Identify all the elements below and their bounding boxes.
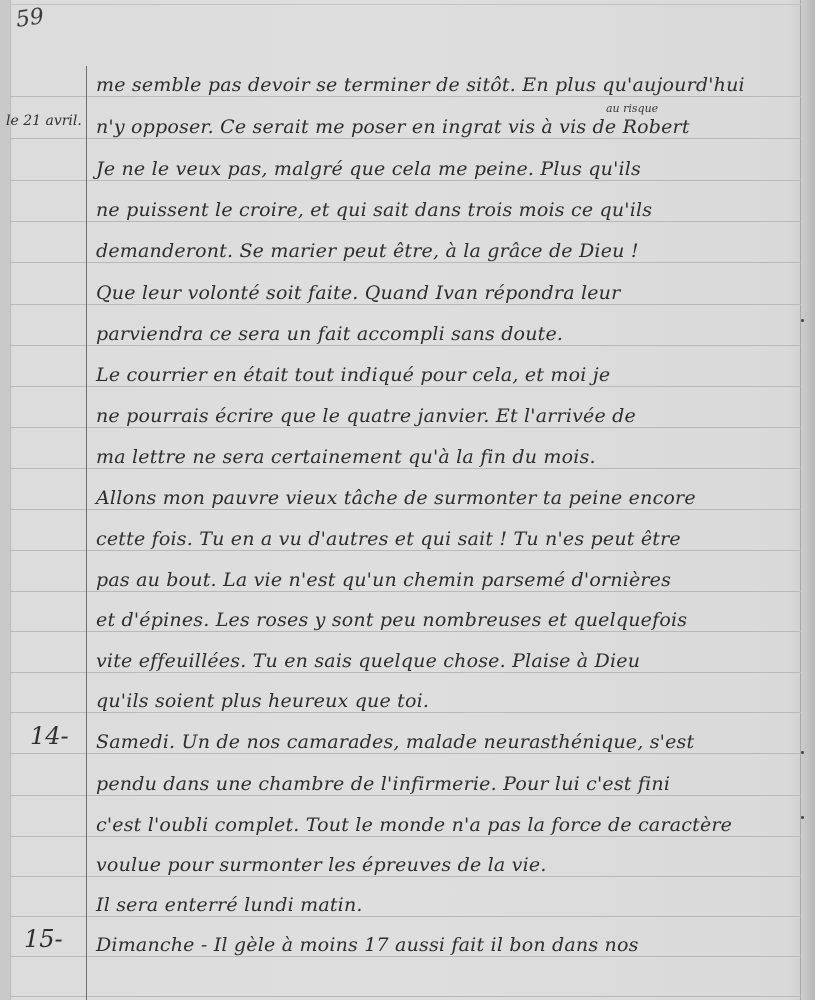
text-line: Dimanche - Il gèle à moins 17 aussi fait… xyxy=(96,932,797,958)
text-line: ne puissent le croire, et qui sait dans … xyxy=(96,197,797,223)
text-line: Que leur volonté soit faite. Quand Ivan … xyxy=(96,280,797,306)
text-line: voulue pour surmonter les épreuves de la… xyxy=(96,852,797,878)
text-line: et d'épines. Les roses y sont peu nombre… xyxy=(96,607,797,633)
text-line: qu'ils soient plus heureux que toi. xyxy=(96,688,797,714)
text-line: Samedi. Un de nos camarades, malade neur… xyxy=(96,729,797,755)
ink-mark xyxy=(801,319,804,322)
text-line: cette fois. Tu en a vu d'autres et qui s… xyxy=(96,526,797,552)
text-line: vite effeuillées. Tu en sais quelque cho… xyxy=(96,648,797,674)
margin-date-entry-1: le 21 avril. xyxy=(6,113,84,129)
text-line: parviendra ce sera un fait accompli sans… xyxy=(96,321,797,347)
text-line: n'y opposer. Ce serait me poser en ingra… xyxy=(96,114,797,140)
page-binding-edge xyxy=(800,0,815,1000)
text-line: Il sera enterré lundi matin. xyxy=(96,892,797,918)
text-line: me semble pas devoir se terminer de sitô… xyxy=(96,72,797,98)
text-line: Le courrier en était tout indiqué pour c… xyxy=(96,362,797,388)
diary-page: 59 le 21 avril. 14- 15- au risque me sem… xyxy=(0,0,815,1000)
margin-date-entry-3: 15- xyxy=(24,925,102,953)
text-line: ne pourrais écrire que le quatre janvier… xyxy=(96,403,797,429)
text-line: pas au bout. La vie n'est qu'un chemin p… xyxy=(96,567,797,593)
page-left-edge xyxy=(0,0,11,1000)
margin-line xyxy=(86,66,87,1000)
ruled-line xyxy=(10,996,801,997)
text-line: ma lettre ne sera certainement qu'à la f… xyxy=(96,444,797,470)
page-number: 59 xyxy=(14,4,45,33)
text-line: c'est l'oubli complet. Tout le monde n'a… xyxy=(96,812,797,838)
text-line: Je ne le veux pas, malgré que cela me pe… xyxy=(96,156,797,182)
top-rule xyxy=(10,4,801,5)
ink-mark xyxy=(801,816,804,819)
text-line: Allons mon pauvre vieux tâche de surmont… xyxy=(96,485,797,511)
text-line: demanderont. Se marier peut être, à la g… xyxy=(96,238,797,264)
ink-mark xyxy=(801,751,804,754)
text-line: pendu dans une chambre de l'infirmerie. … xyxy=(96,771,797,797)
